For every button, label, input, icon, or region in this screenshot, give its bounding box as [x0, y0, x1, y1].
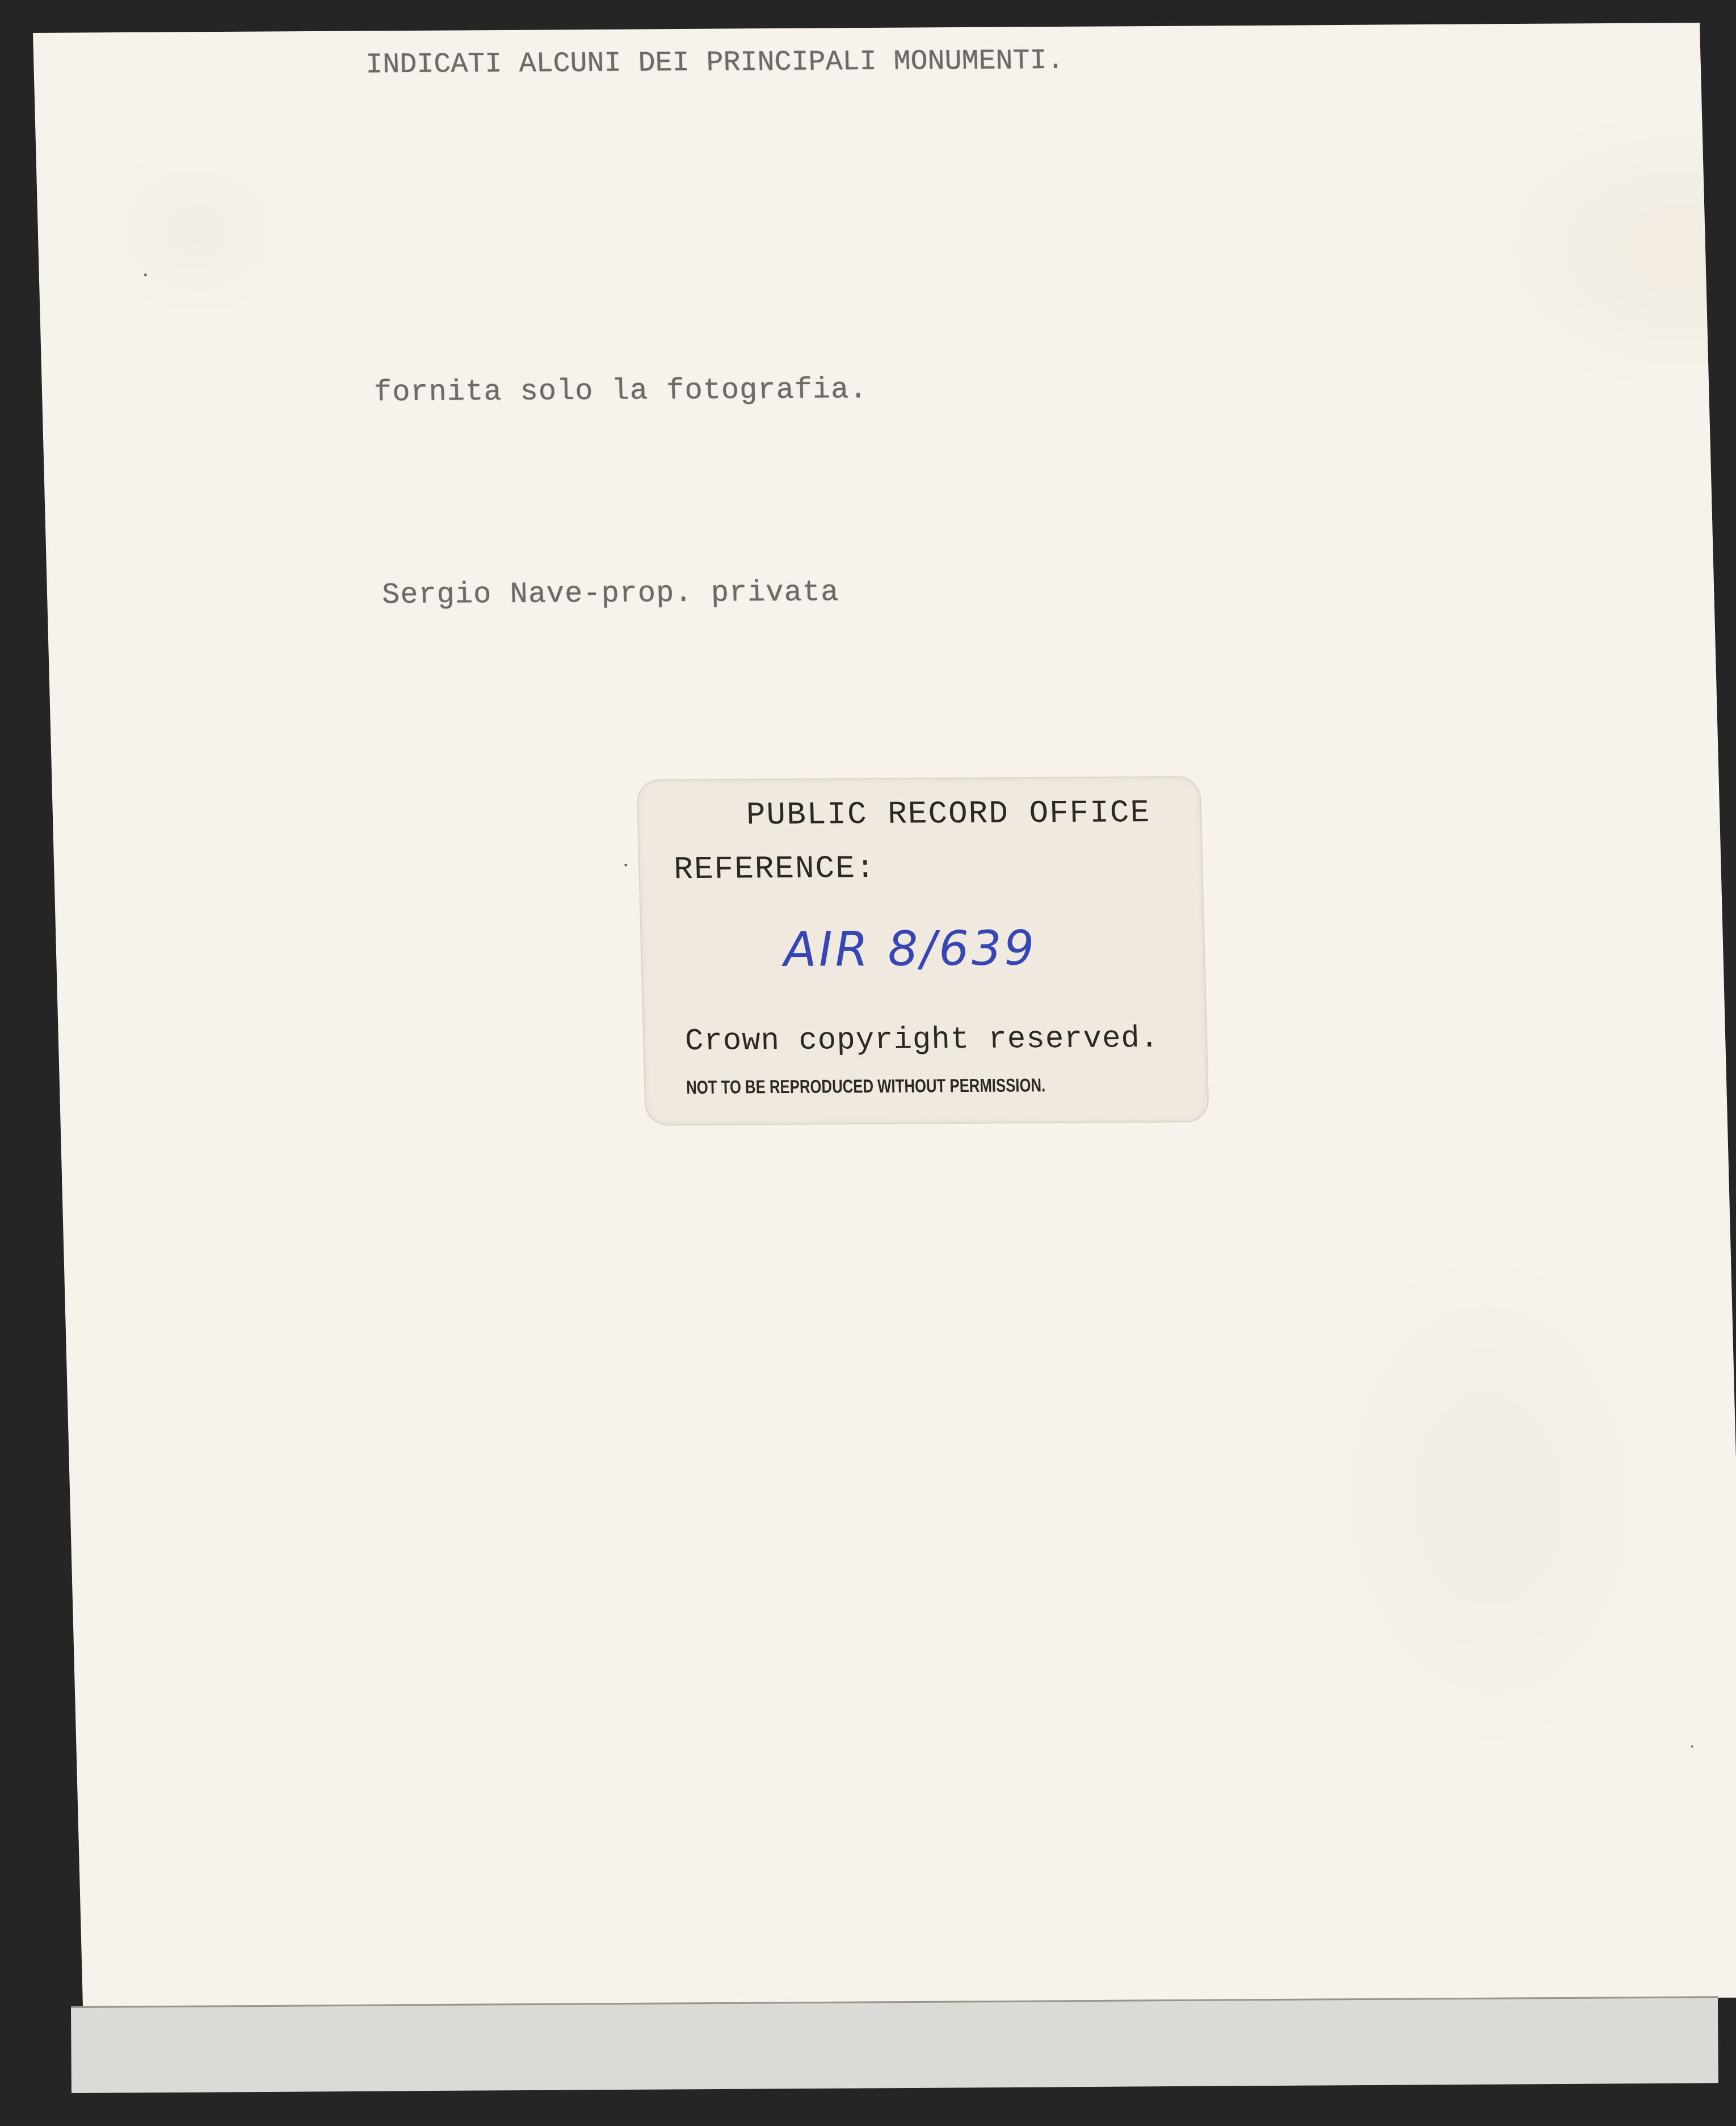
label-reproduction-notice: NOT TO BE REPRODUCED WITHOUT PERMISSION.	[686, 1074, 1046, 1098]
paper-specks	[33, 23, 1700, 33]
label-reference-heading: REFERENCE:	[674, 850, 877, 888]
typed-line-owner: Sergio Nave-prop. privata	[381, 575, 839, 612]
label-title: PUBLIC RECORD OFFICE	[746, 795, 1151, 833]
label-copyright: Crown copyright reserved.	[684, 1022, 1159, 1059]
paper-sheet: INDICATI ALCUNI DEI PRINCIPALI MONUMENTI…	[33, 23, 1736, 2007]
record-office-label: PUBLIC RECORD OFFICE REFERENCE: AIR 8/63…	[636, 776, 1209, 1125]
tape-strip	[71, 1996, 1718, 2093]
label-reference-number: AIR 8/639	[783, 920, 1037, 977]
typed-line-photo-only: fornita solo la fotografia.	[373, 373, 868, 409]
typed-line-monuments: INDICATI ALCUNI DEI PRINCIPALI MONUMENTI…	[365, 45, 1065, 82]
